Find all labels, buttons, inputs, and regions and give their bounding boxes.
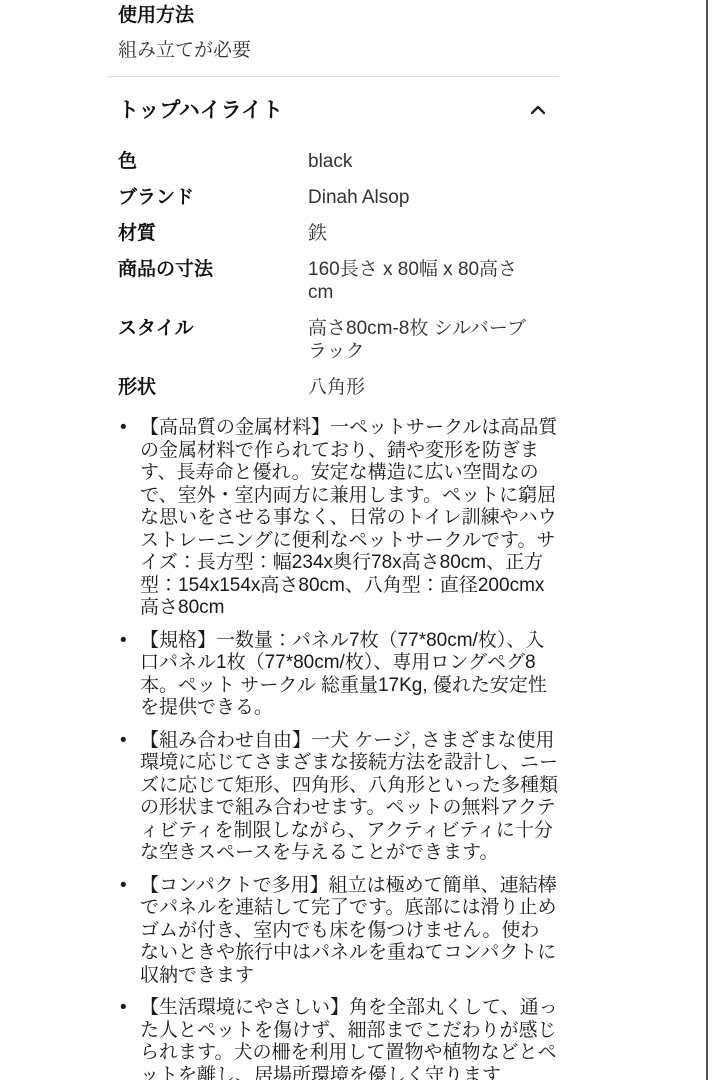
attribute-value: 鉄 xyxy=(308,222,534,245)
attribute-label: 材質 xyxy=(118,222,308,245)
attribute-value: 八角形 xyxy=(308,376,534,399)
usage-section-title: 使用方法 xyxy=(118,4,714,28)
feature-bullet: 【生活環境にやさしい】角を全部丸くして、通った人とペットを傷けず、細部までこだわ… xyxy=(118,997,558,1080)
table-row: 色 black xyxy=(118,150,714,173)
feature-bullet: 【コンパクトで多用】組立は極めて簡単、連結棒でパネルを連結して完了です。底部には… xyxy=(118,875,558,988)
attribute-label: スタイル xyxy=(118,317,308,363)
attribute-value: 160長さ x 80幅 x 80高さ cm xyxy=(308,258,534,304)
table-row: 形状 八角形 xyxy=(118,376,714,399)
usage-section-value: 組み立てが必要 xyxy=(118,39,714,63)
table-row: ブランド Dinah Alsop xyxy=(118,186,714,209)
highlights-section-title: トップハイライト xyxy=(118,98,283,124)
feature-bullet: 【規格】一数量：パネル7枚（77*80cm/枚）、入口パネル1枚（77*80cm… xyxy=(118,630,558,720)
table-row: 材質 鉄 xyxy=(118,222,714,245)
attribute-table: 色 black ブランド Dinah Alsop 材質 鉄 商品の寸法 160長… xyxy=(118,150,714,399)
highlights-section-header[interactable]: トップハイライト xyxy=(118,98,546,124)
product-detail-page: 使用方法 組み立てが必要 トップハイライト 色 black ブランド Dinah… xyxy=(0,0,714,1080)
attribute-label: ブランド xyxy=(118,186,308,209)
feature-bullet: 【組み合わせ自由】一犬 ケージ, さまざまな使用環境に応じてさまざまな接続方法を… xyxy=(118,730,558,865)
section-divider xyxy=(107,76,559,77)
attribute-value: Dinah Alsop xyxy=(308,186,534,209)
table-row: 商品の寸法 160長さ x 80幅 x 80高さ cm xyxy=(118,258,714,304)
attribute-label: 色 xyxy=(118,150,308,173)
feature-bullet-list: 【高品質の金属材料】一ペットサークルは高品質の金属材料で作られており、錆や変形を… xyxy=(118,417,558,1080)
attribute-value: 高さ80cm-8枚 シルバーブラック xyxy=(308,317,534,363)
attribute-label: 形状 xyxy=(118,376,308,399)
right-edge-line xyxy=(706,0,708,1080)
chevron-up-icon[interactable] xyxy=(530,102,546,120)
feature-bullet: 【高品質の金属材料】一ペットサークルは高品質の金属材料で作られており、錆や変形を… xyxy=(118,417,558,620)
attribute-value: black xyxy=(308,150,534,173)
table-row: スタイル 高さ80cm-8枚 シルバーブラック xyxy=(118,317,714,363)
attribute-label: 商品の寸法 xyxy=(118,258,308,304)
